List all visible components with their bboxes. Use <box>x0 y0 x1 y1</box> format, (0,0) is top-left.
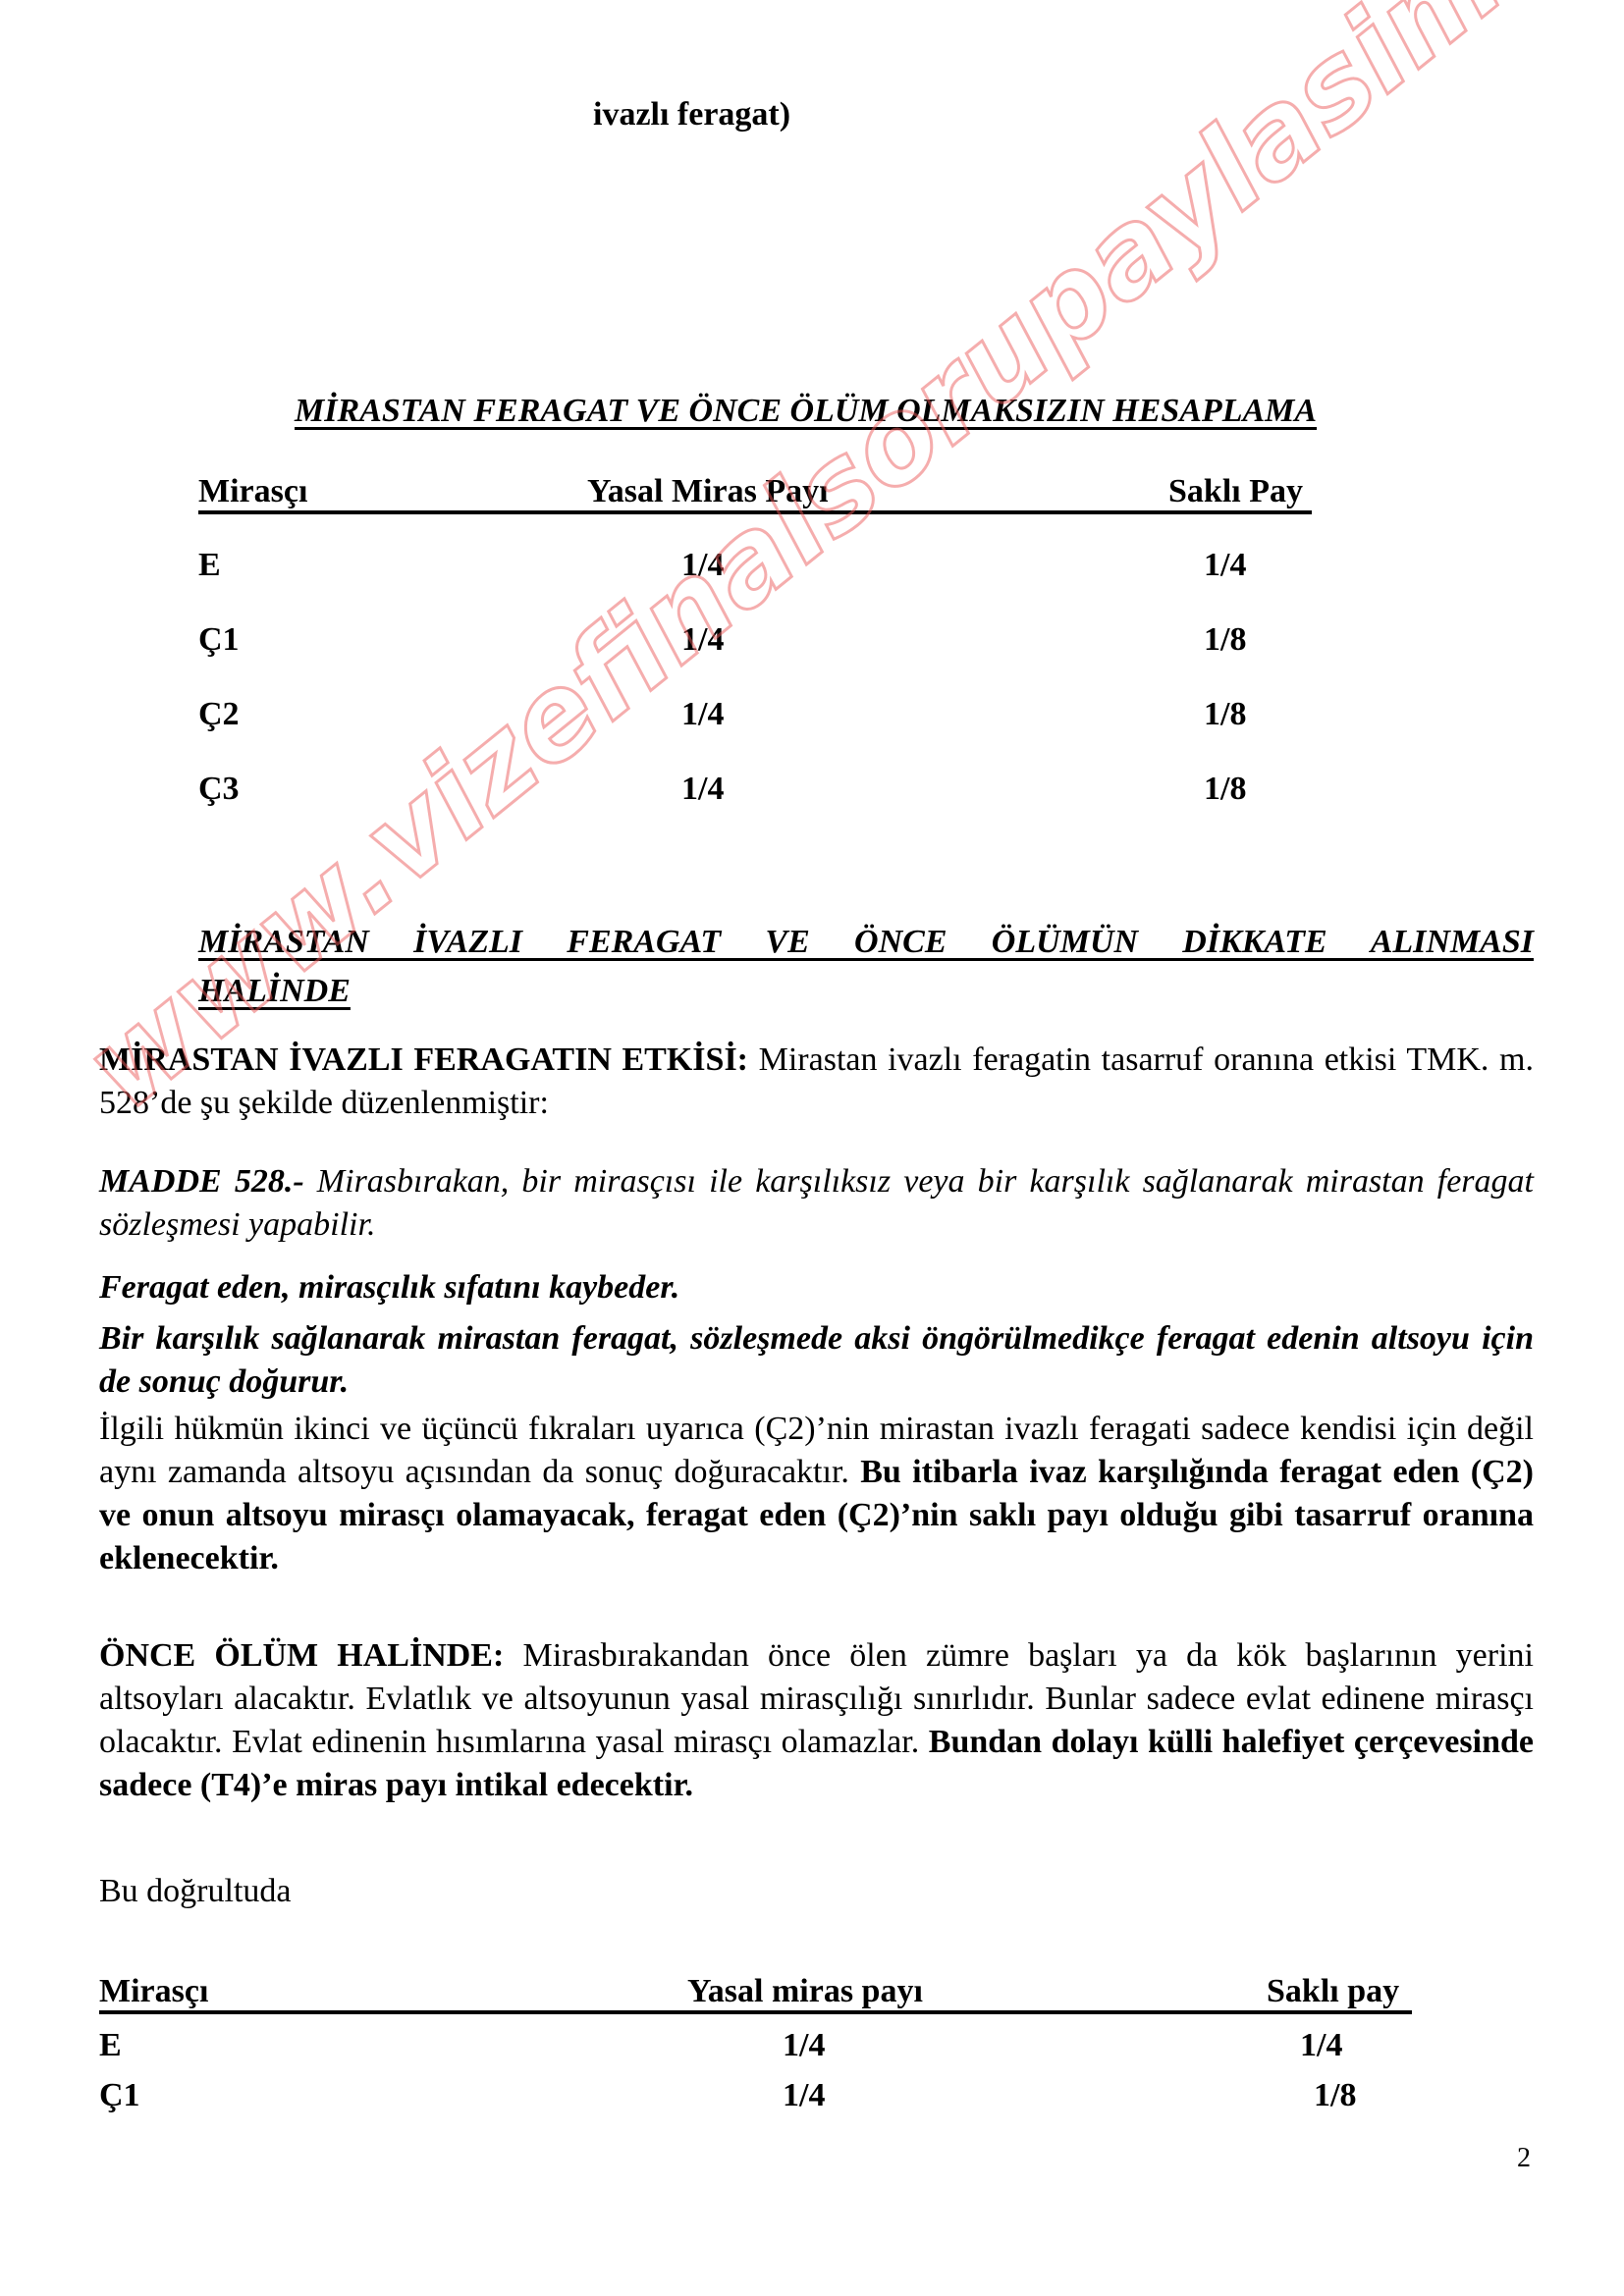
conclusion-text: Bu doğrultuda <box>99 1873 291 1910</box>
section2-heading-text: MİRASTAN İVAZLI FERAGAT VE ÖNCE ÖLÜMÜN D… <box>198 924 1534 1009</box>
table1-cell-legal-share: 1/4 <box>681 621 724 659</box>
section1-heading: MİRASTAN FERAGAT VE ÖNCE ÖLÜM OLMAKSIZIN… <box>295 393 1317 430</box>
effect-label: MİRASTAN İVAZLI FERAGATIN ETKİSİ: <box>99 1041 748 1078</box>
article-528-line2: Feragat eden, mirasçılık sıfatını kaybed… <box>99 1266 1534 1309</box>
table1-cell-heir: E <box>198 547 221 584</box>
table2-header-legal-share: Yasal miras payı <box>687 1973 923 2010</box>
table1-header-rule <box>198 510 1312 514</box>
table2-cell-reserved-share: 1/4 <box>1300 2027 1342 2064</box>
table2-cell-heir: E <box>99 2027 122 2064</box>
table1-cell-reserved-share: 1/8 <box>1204 771 1246 808</box>
table2-cell-heir: Ç1 <box>99 2077 140 2114</box>
explanation-paragraph: İlgili hükmün ikinci ve üçüncü fıkraları… <box>99 1408 1534 1580</box>
table2-header-rule <box>99 2010 1412 2014</box>
article-label: MADDE 528.- <box>99 1163 304 1200</box>
table1-cell-reserved-share: 1/8 <box>1204 696 1246 733</box>
table1-header-heir: Mirasçı <box>198 473 307 510</box>
effect-paragraph: MİRASTAN İVAZLI FERAGATIN ETKİSİ: Mirast… <box>99 1039 1534 1125</box>
continued-heading-fragment: ivazlı feragat) <box>593 96 790 133</box>
predecease-label: ÖNCE ÖLÜM HALİNDE: <box>99 1637 504 1674</box>
table2-cell-reserved-share: 1/8 <box>1314 2077 1356 2114</box>
table1-cell-heir: Ç2 <box>198 696 240 733</box>
table1-cell-legal-share: 1/4 <box>681 547 724 584</box>
table2-cell-legal-share: 1/4 <box>783 2027 825 2064</box>
table2-cell-legal-share: 1/4 <box>783 2077 825 2114</box>
article-text: Mirasbırakan, bir mirasçısı ile karşılık… <box>99 1163 1534 1243</box>
article-528-line3: Bir karşılık sağlanarak mirastan feragat… <box>99 1317 1534 1404</box>
table2-header-heir: Mirasçı <box>99 1973 208 2010</box>
table1-cell-heir: Ç1 <box>198 621 240 659</box>
predecease-paragraph: ÖNCE ÖLÜM HALİNDE: Mirasbırakandan önce … <box>99 1634 1534 1807</box>
article-528-paragraph: MADDE 528.- Mirasbırakan, bir mirasçısı … <box>99 1160 1534 1247</box>
table1-cell-reserved-share: 1/8 <box>1204 621 1246 659</box>
table1-cell-reserved-share: 1/4 <box>1204 547 1246 584</box>
table1-cell-legal-share: 1/4 <box>681 771 724 808</box>
table1-header-reserved-share: Saklı Pay <box>1168 473 1303 510</box>
table1-cell-heir: Ç3 <box>198 771 240 808</box>
table1-cell-legal-share: 1/4 <box>681 696 724 733</box>
page-number: 2 <box>1517 2143 1531 2174</box>
table2-header-reserved-share: Saklı pay <box>1267 1973 1399 2010</box>
section2-heading: MİRASTAN İVAZLI FERAGAT VE ÖNCE ÖLÜMÜN D… <box>198 918 1534 1016</box>
table1-header-legal-share: Yasal Miras Payı <box>587 473 829 510</box>
